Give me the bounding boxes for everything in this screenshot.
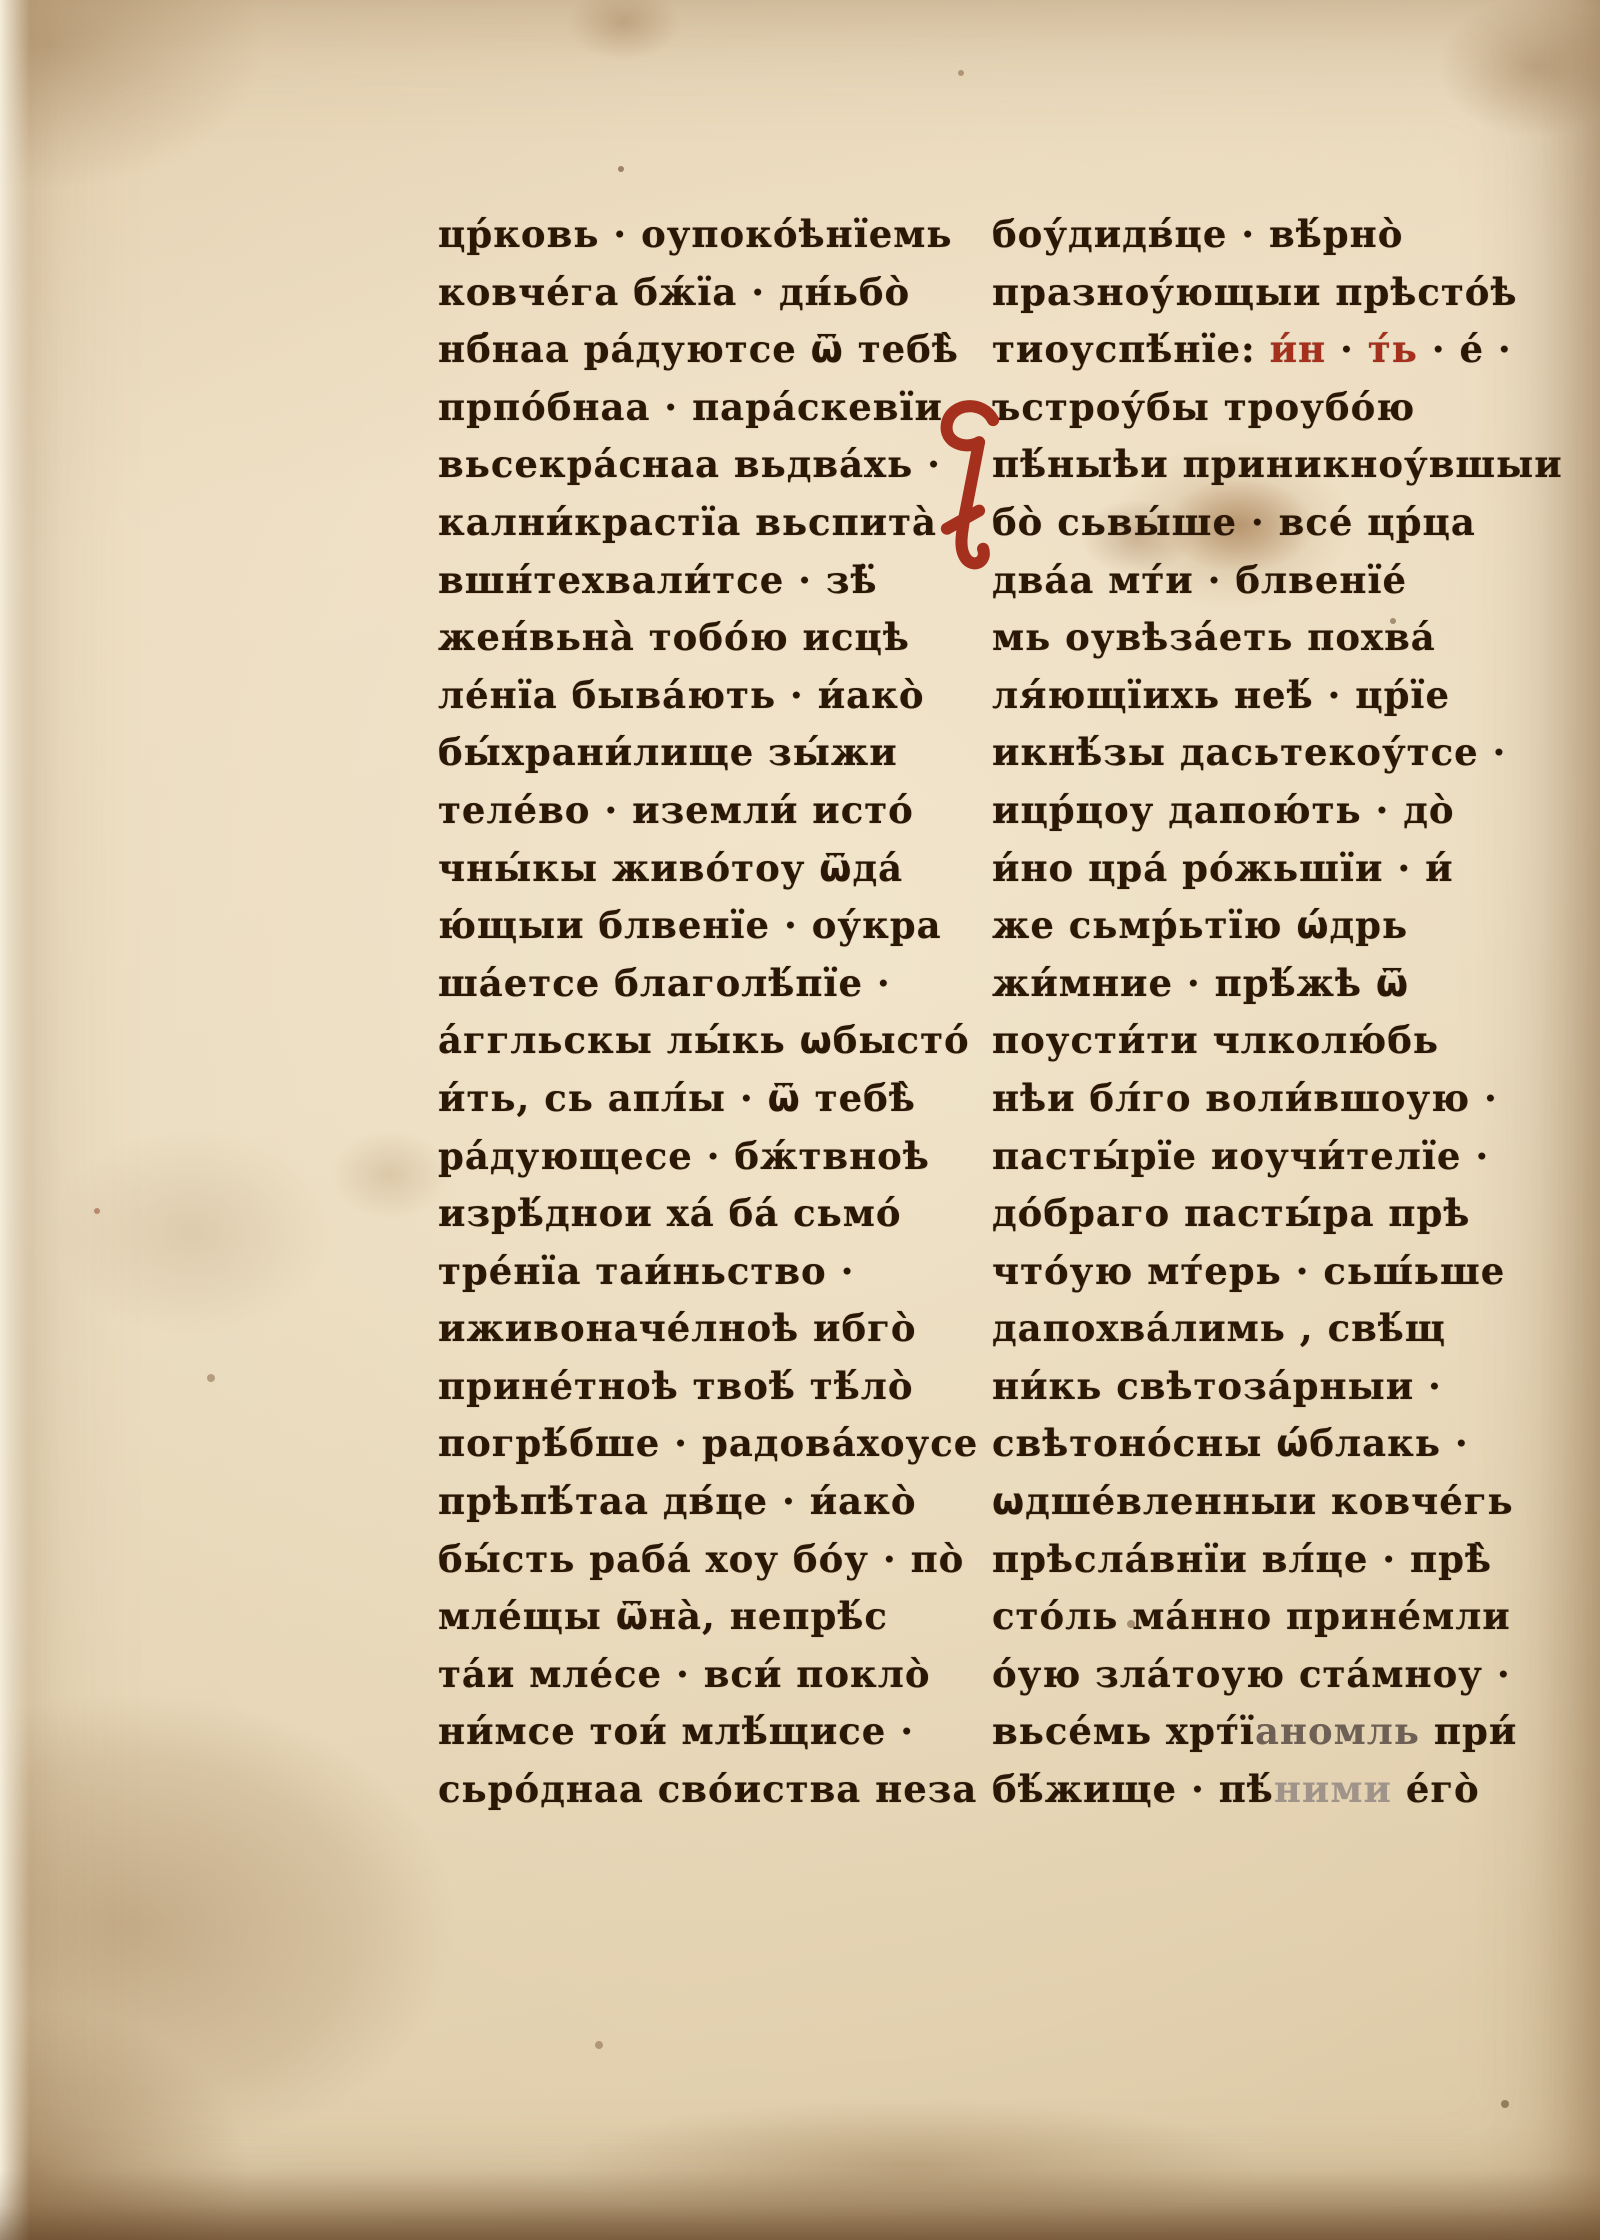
text-segment: ра́дующесе · бж́твноѣ	[438, 1134, 930, 1178]
text-segment: т́ь	[1368, 327, 1418, 371]
text-line: вшн́техвали́тсе · зѣ̈	[438, 552, 938, 610]
text-line: а́ггльскы лы́кь ѡбысто́	[438, 1012, 938, 1070]
text-segment: изрѣ́днои ха́ ба́ сьмо́	[438, 1191, 902, 1235]
text-line: бо̀ сьвы́ше · все́ цр́ца	[992, 494, 1492, 552]
text-segment: ля́ющїихь неѣ́ · цр́їе	[992, 673, 1450, 717]
text-line: бѣ́жище · пѣ́ними е́го̀	[992, 1761, 1492, 1819]
text-segment: чны́кы живо́тоу ѿда́	[438, 846, 903, 890]
text-segment: свѣтоно́сны ѡ́блакь ·	[992, 1421, 1469, 1465]
text-segment: бы́сть раба́ хоу бо́у · по̀	[438, 1537, 964, 1581]
text-line: погрѣ́бше · радова́хоусе	[438, 1415, 938, 1473]
text-segment: жи́мние · прѣ́жѣ ѿ	[992, 961, 1409, 1005]
text-segment: иживоначе́лноѣ ибго̀	[438, 1306, 917, 1350]
text-segment: прѣпѣ́таа дв́це · и́ако̀	[438, 1479, 917, 1523]
text-segment: дапохва́лимь , свѣ́щ	[992, 1306, 1446, 1350]
text-line: вьсекра́снаа вьдва́хь ·	[438, 436, 938, 494]
text-segment: ни́кь свѣтоза́рныи ·	[992, 1364, 1442, 1408]
text-segment: боу́дидв́це · вѣ́рно̀	[992, 212, 1403, 256]
text-segment: прине́тноѣ твоѣ́ тѣ́ло̀	[438, 1364, 914, 1408]
text-line: ъстроу́бы троубо́ю	[992, 379, 1492, 437]
text-line: тре́нїа таи́ньство ·	[438, 1243, 938, 1301]
text-segment: нб́наа ра́дуютсе ѿ тебѣ̀	[438, 327, 959, 371]
text-segment: ѡдше́вленныи ковче́гь	[992, 1479, 1514, 1523]
text-segment: а́ггльскы лы́кь ѡбысто́	[438, 1018, 970, 1062]
text-segment: и́но цра́ ро́жьшїи · и́	[992, 846, 1454, 890]
text-segment: мле́щы ѿна̀, непрѣ́с	[438, 1594, 888, 1638]
text-line: икнѣ́зы дасьтекоу́тсе ·	[992, 724, 1492, 782]
text-segment: вшн́техвали́тсе · зѣ̈	[438, 558, 878, 602]
text-line: дапохва́лимь , свѣ́щ	[992, 1300, 1492, 1358]
text-segment: сьро́днаа сво́иства неза	[438, 1767, 977, 1811]
text-segment: до́браго пасты́ра прѣ	[992, 1191, 1470, 1235]
text-segment: два́а мт́и · блвенїе́	[992, 558, 1407, 602]
rubric-initial	[934, 396, 1010, 582]
text-segment: жен́вьна̀ тобо́ю исцѣ	[438, 615, 910, 659]
text-line: жен́вьна̀ тобо́ю исцѣ	[438, 609, 938, 667]
text-line: свѣтоно́сны ѡ́блакь ·	[992, 1415, 1492, 1473]
text-line: мле́щы ѿна̀, непрѣ́с	[438, 1588, 938, 1646]
text-line: сьро́днаа сво́иства неза	[438, 1761, 938, 1819]
text-column-left: цр́ковь · оупоко́ѣнїемьковче́га бж́їа · …	[438, 206, 938, 1819]
text-line: чны́кы живо́тоу ѿда́	[438, 840, 938, 898]
text-segment: ·	[1326, 327, 1368, 371]
text-segment: о́ую зла́тоую ста́мноу ·	[992, 1652, 1511, 1696]
ink-specks	[618, 166, 624, 172]
text-segment: кални́крастїа вьспита̀	[438, 500, 937, 544]
text-line: ни́кь свѣтоза́рныи ·	[992, 1358, 1492, 1416]
text-segment: икнѣ́зы дасьтекоу́тсе ·	[992, 730, 1506, 774]
text-line: празноу́ющыи прѣсто́ѣ	[992, 264, 1492, 322]
text-segment: ними	[1274, 1767, 1392, 1811]
text-line: пасты́рїе иоучи́телїе ·	[992, 1128, 1492, 1186]
text-line: та́и мле́се · вси́ покло̀	[438, 1646, 938, 1704]
text-line: два́а мт́и · блвенїе́	[992, 552, 1492, 610]
text-column-right: боу́дидв́це · вѣ́рно̀празноу́ющыи прѣсто…	[992, 206, 1492, 1819]
text-line: прпо́бнаа · пара́скевїи	[438, 379, 938, 437]
text-line: жи́мние · прѣ́жѣ ѿ	[992, 955, 1492, 1013]
text-segment: и́ть, сь апл́ы · ѿ тебѣ̀	[438, 1076, 916, 1120]
text-line: кални́крастїа вьспита̀	[438, 494, 938, 552]
text-line: тиоуспѣ́нїе: и́н · т́ь · е́ ·	[992, 321, 1492, 379]
text-segment: при́	[1420, 1709, 1517, 1753]
text-segment: пѣ́ныѣи приникноу́вшыи	[992, 442, 1563, 486]
text-segment: поусти́ти члколю́бь	[992, 1018, 1439, 1062]
text-line: и́ть, сь апл́ы · ѿ тебѣ̀	[438, 1070, 938, 1128]
text-line: ковче́га бж́їа · дн́ьбо̀	[438, 264, 938, 322]
text-line: иживоначе́лноѣ ибго̀	[438, 1300, 938, 1358]
text-segment: ицр́цоу дапою́ть · до̀	[992, 788, 1455, 832]
text-line: вьсе́мь хрт́їаномль при́	[992, 1703, 1492, 1761]
text-segment: ша́етсе благолѣ́пїе ·	[438, 961, 891, 1005]
text-line: ра́дующесе · бж́твноѣ	[438, 1128, 938, 1186]
text-segment: аномль	[1255, 1709, 1420, 1753]
text-segment: теле́во · иземли́ исто́	[438, 788, 914, 832]
text-line: ша́етсе благолѣ́пїе ·	[438, 955, 938, 1013]
text-line: и́но цра́ ро́жьшїи · и́	[992, 840, 1492, 898]
text-segment: ъстроу́бы троубо́ю	[992, 385, 1415, 429]
text-segment: прпо́бнаа · пара́скевїи	[438, 385, 943, 429]
text-line: ни́мсе тои́ млѣ́щисе ·	[438, 1703, 938, 1761]
text-segment: мь оувѣза́еть похва́	[992, 615, 1436, 659]
manuscript-photo: цр́ковь · оупоко́ѣнїемьковче́га бж́їа · …	[0, 0, 1600, 2240]
text-segment: цр́ковь · оупоко́ѣнїемь	[438, 212, 953, 256]
text-line: прѣсла́внїи вл́це · прѣ̀	[992, 1531, 1492, 1589]
text-line: ю́щыи блвенїе · оу́кра	[438, 897, 938, 955]
text-segment: е́го̀	[1392, 1767, 1480, 1811]
text-segment: нѣи бл́го воли́вшоую ·	[992, 1076, 1498, 1120]
text-segment: · е́ ·	[1418, 327, 1512, 371]
text-line: ѡдше́вленныи ковче́гь	[992, 1473, 1492, 1531]
text-segment: вьсе́мь хрт́ї	[992, 1709, 1255, 1753]
text-line: ля́ющїихь неѣ́ · цр́їе	[992, 667, 1492, 725]
text-segment: пасты́рїе иоучи́телїе ·	[992, 1134, 1489, 1178]
text-line: прине́тноѣ твоѣ́ тѣ́ло̀	[438, 1358, 938, 1416]
text-line: же сьмр́ьтїю ѡ́дрь	[992, 897, 1492, 955]
text-line: поусти́ти члколю́бь	[992, 1012, 1492, 1070]
text-line: изрѣ́днои ха́ ба́ сьмо́	[438, 1185, 938, 1243]
text-line: ле́нїа быва́ють · и́ако̀	[438, 667, 938, 725]
text-segment: ковче́га бж́їа · дн́ьбо̀	[438, 270, 910, 314]
text-line: боу́дидв́це · вѣ́рно̀	[992, 206, 1492, 264]
text-segment: погрѣ́бше · радова́хоусе	[438, 1421, 978, 1465]
text-line: цр́ковь · оупоко́ѣнїемь	[438, 206, 938, 264]
text-segment: бо̀ сьвы́ше · все́ цр́ца	[992, 500, 1476, 544]
text-line: о́ую зла́тоую ста́мноу ·	[992, 1646, 1492, 1704]
text-segment: та́и мле́се · вси́ покло̀	[438, 1652, 931, 1696]
text-segment: бы́храни́лище зы́жи	[438, 730, 898, 774]
text-line: сто́ль ма́нно прине́мли	[992, 1588, 1492, 1646]
text-line: мь оувѣза́еть похва́	[992, 609, 1492, 667]
text-line: нб́наа ра́дуютсе ѿ тебѣ̀	[438, 321, 938, 379]
text-segment: что́ую мт́ерь · сьш́ьше	[992, 1249, 1505, 1293]
text-segment: тре́нїа таи́ньство ·	[438, 1249, 854, 1293]
text-line: теле́во · иземли́ исто́	[438, 782, 938, 840]
text-segment: ю́щыи блвенїе · оу́кра	[438, 903, 942, 947]
text-segment: ни́мсе тои́ млѣ́щисе ·	[438, 1709, 914, 1753]
text-line: бы́храни́лище зы́жи	[438, 724, 938, 782]
text-segment: тиоуспѣ́нїе:	[992, 327, 1270, 371]
text-line: что́ую мт́ерь · сьш́ьше	[992, 1243, 1492, 1301]
text-segment: празноу́ющыи прѣсто́ѣ	[992, 270, 1518, 314]
text-line: прѣпѣ́таа дв́це · и́ако̀	[438, 1473, 938, 1531]
text-segment: же сьмр́ьтїю ѡ́дрь	[992, 903, 1408, 947]
text-segment: сто́ль ма́нно прине́мли	[992, 1594, 1511, 1638]
text-line: ицр́цоу дапою́ть · до̀	[992, 782, 1492, 840]
text-segment: вьсекра́снаа вьдва́хь ·	[438, 442, 941, 486]
text-line: пѣ́ныѣи приникноу́вшыи	[992, 436, 1492, 494]
text-line: бы́сть раба́ хоу бо́у · по̀	[438, 1531, 938, 1589]
text-segment: бѣ́жище · пѣ́	[992, 1767, 1274, 1811]
text-line: до́браго пасты́ра прѣ	[992, 1185, 1492, 1243]
text-segment: ле́нїа быва́ють · и́ако̀	[438, 673, 925, 717]
text-segment: прѣсла́внїи вл́це · прѣ̀	[992, 1537, 1492, 1581]
text-line: нѣи бл́го воли́вшоую ·	[992, 1070, 1492, 1128]
text-segment: и́н	[1270, 327, 1327, 371]
